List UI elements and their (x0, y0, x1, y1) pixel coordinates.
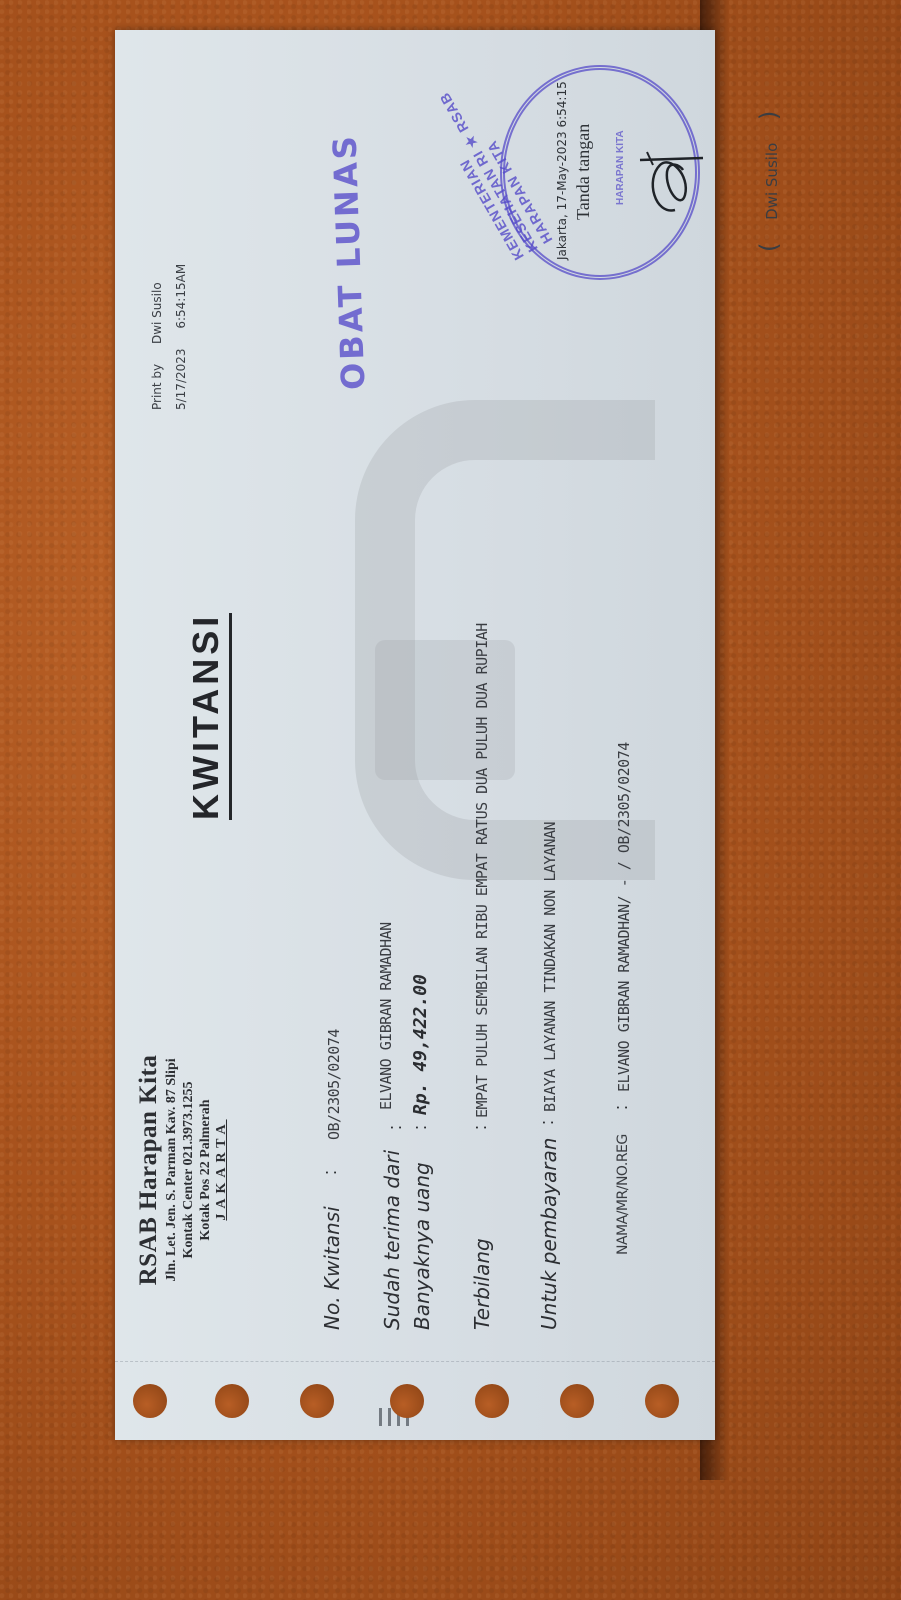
amount-value: Rp. 49,422.00 (410, 974, 431, 1115)
separator: : (385, 1125, 406, 1130)
print-info: Print by Dwi Susilo 5/17/2023 6:54:15AM (145, 248, 193, 410)
hospital-city: JAKARTA (214, 1020, 230, 1320)
receipt-no-label: No. Kwitansi (320, 1206, 344, 1330)
separator: : (611, 1105, 632, 1110)
printed-by: Dwi Susilo (145, 282, 169, 344)
separator: : (470, 1125, 491, 1130)
reg-label: NAMA/MR/NO.REG (615, 1134, 631, 1255)
tractor-feed-strip (115, 1361, 715, 1440)
separator: : (410, 1125, 431, 1130)
hospital-logo-watermark-block (375, 640, 515, 780)
seal-ring-text: KEMENTERIAN KESEHATAN RI ★ RSAB HARAPAN … (417, 71, 556, 263)
feed-hole-icon (300, 1384, 334, 1418)
seal-inner-text: HARAPAN KITA (615, 130, 626, 205)
print-date: 5/17/2023 (169, 348, 193, 410)
feed-hole-icon (133, 1384, 167, 1418)
signature-label: Tanda tangan (573, 81, 594, 220)
receipt-no: OB/2305/02074 (325, 1029, 343, 1140)
hospital-address-2: Kontak Center 021.3973.1255 (180, 1020, 197, 1320)
receipt-paper: RSAB Harapan Kita Jln. Let. Jen. S. Parm… (115, 30, 715, 1440)
printed-by-label: Print by (145, 364, 169, 410)
amount-in-words: EMPAT PULUH SEMBILAN RIBU EMPAT RATUS DU… (473, 623, 491, 1118)
feed-hole-icon (475, 1384, 509, 1418)
feed-hole-icon (215, 1384, 249, 1418)
hospital-header: RSAB Harapan Kita Jln. Let. Jen. S. Parm… (135, 1020, 230, 1320)
signer: ( Dwi Susilo ) (755, 93, 783, 270)
handwritten-signature-icon (635, 140, 705, 220)
in-words-label: Terbilang (470, 1238, 494, 1330)
feed-hole-icon (390, 1384, 424, 1418)
feed-hole-icon (645, 1384, 679, 1418)
separator: : (320, 1170, 341, 1175)
feed-hole-icon (560, 1384, 594, 1418)
hospital-name: RSAB Harapan Kita (135, 1020, 163, 1320)
signature-place-date: Jakarta, 17-May-2023 6:54:15 (555, 81, 569, 260)
received-from: ELVANO GIBRAN RAMADHAN (377, 922, 395, 1110)
open-paren: ( (755, 243, 783, 252)
separator: : (537, 1120, 558, 1125)
received-from-label: Sudah terima dari (380, 1150, 404, 1330)
reg-value: ELVANO GIBRAN RAMADHAN/ - / OB/2305/0207… (615, 742, 633, 1092)
amount-label: Banyaknya uang (410, 1162, 434, 1330)
hospital-address-3: Kotak Pos 22 Palmerah (197, 1020, 214, 1320)
signature-block: Jakarta, 17-May-2023 6:54:15 Tanda tanga… (555, 81, 594, 260)
document-title: KWITANSI (185, 613, 232, 820)
print-time: 6:54:15AM (169, 264, 193, 329)
hospital-address-1: Jln. Let. Jen. S. Parman Kav. 87 Slipi (163, 1020, 180, 1320)
purpose-value: BIAYA LAYANAN TINDAKAN NON LAYANAN (541, 822, 559, 1112)
purpose-label: Untuk pembayaran (537, 1138, 561, 1330)
signer-name: Dwi Susilo (763, 143, 781, 220)
close-paren: ) (755, 111, 783, 120)
paid-stamp: OBAT LUNAS (326, 133, 373, 391)
